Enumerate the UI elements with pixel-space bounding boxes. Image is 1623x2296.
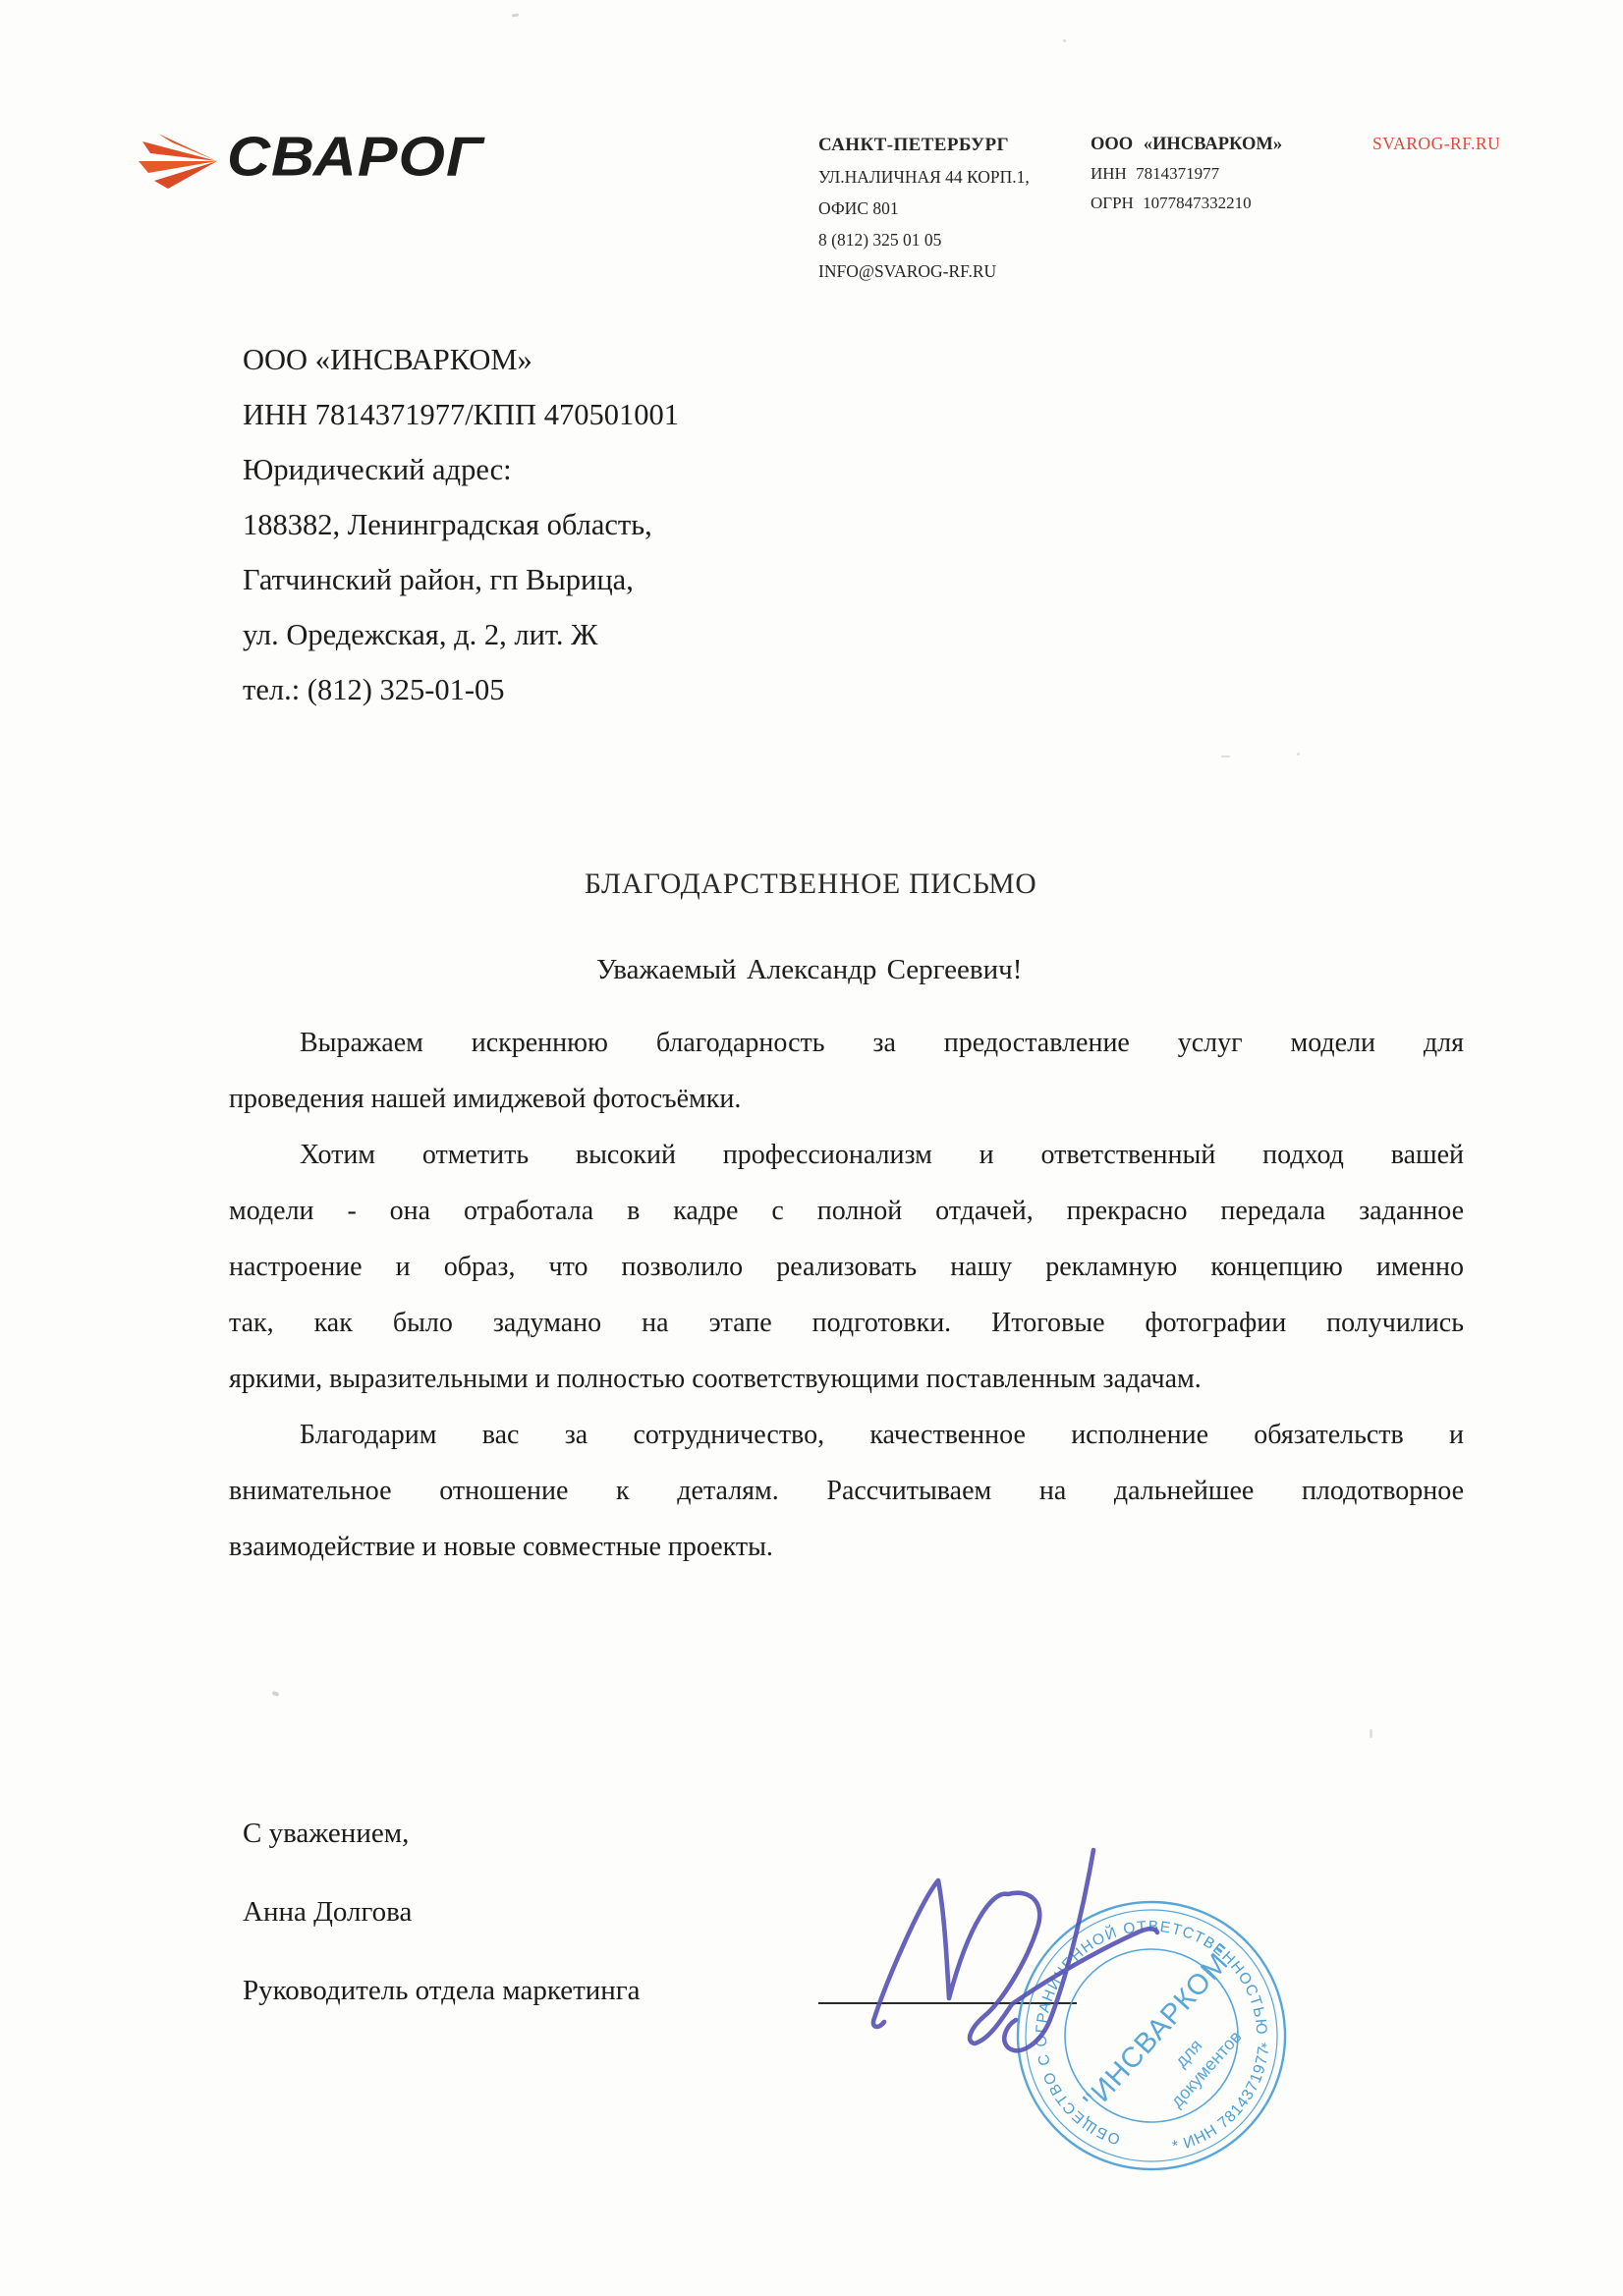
- body-line: модели - она отработала в кадре с полной…: [229, 1183, 1464, 1239]
- letter-page: СВАРОГ САНКТ-ПЕТЕРБУРГ УЛ.НАЛИЧНАЯ 44 КО…: [0, 0, 1623, 2296]
- company-logo: СВАРОГ: [135, 116, 483, 196]
- recipient-line: 188382, Ленинградская область,: [243, 497, 679, 552]
- office-phone: 8 (812) 325 01 05: [818, 224, 1030, 255]
- rays-fan-icon: [135, 126, 219, 196]
- recipient-line: ул. Оредежская, д. 2, лит. Ж: [243, 607, 679, 662]
- scan-speck: [1063, 39, 1066, 42]
- recipient-line: Юридический адрес:: [243, 442, 679, 497]
- body-line: так, как было задумано на этапе подготов…: [229, 1295, 1464, 1351]
- body-line: внимательное отношение к деталям. Рассчи…: [229, 1463, 1464, 1519]
- scan-speck: [512, 13, 519, 17]
- body-line: взаимодействие и новые совместные проект…: [229, 1519, 1464, 1575]
- scan-speck: [272, 1691, 280, 1697]
- company-ogrn: ОГРН 1077847332210: [1091, 189, 1282, 218]
- closing-regards: С уважением,: [243, 1818, 409, 1850]
- letter-salutation: Уважаемый Александр Сергеевич!: [596, 954, 1022, 986]
- scan-speck: [1221, 756, 1230, 757]
- recipient-block: ООО «ИНСВАРКОМ» ИНН 7814371977/КПП 47050…: [243, 332, 679, 717]
- body-line: Хотим отметить высокий профессионализм и…: [229, 1127, 1464, 1183]
- website-link: SVAROG-RF.RU: [1372, 134, 1500, 154]
- office-address-2: ОФИС 801: [818, 193, 1030, 224]
- body-line: Благодарим вас за сотрудничество, качест…: [229, 1407, 1464, 1463]
- recipient-line: ООО «ИНСВАРКОМ»: [243, 332, 679, 387]
- logo-wordmark: СВАРОГ: [227, 124, 483, 188]
- recipient-line: тел.: (812) 325-01-05: [243, 662, 679, 717]
- signer-name: Анна Долгова: [243, 1896, 412, 1929]
- letter-title: БЛАГОДАРСТВЕННОЕ ПИСЬМО: [585, 868, 1037, 901]
- office-city: САНКТ-ПЕТЕРБУРГ: [818, 130, 1030, 161]
- body-line: проведения нашей имиджевой фотосъёмки.: [229, 1071, 1464, 1127]
- recipient-line: ИНН 7814371977/КПП 470501001: [243, 387, 679, 442]
- office-email: INFO@SVAROG-RF.RU: [818, 255, 1030, 287]
- letterhead-office-block: САНКТ-ПЕТЕРБУРГ УЛ.НАЛИЧНАЯ 44 КОРП.1, О…: [818, 130, 1030, 287]
- company-name: ООО «ИНСВАРКОМ»: [1091, 130, 1282, 159]
- recipient-line: Гатчинский район, гп Вырица,: [243, 552, 679, 607]
- scan-speck: [1297, 753, 1300, 756]
- company-inn: ИНН 7814371977: [1091, 159, 1282, 189]
- body-line: настроение и образ, что позволило реализ…: [229, 1239, 1464, 1295]
- body-line: Выражаем искреннюю благодарность за пред…: [229, 1015, 1464, 1071]
- office-address-1: УЛ.НАЛИЧНАЯ 44 КОРП.1,: [818, 161, 1030, 193]
- letterhead-company-block: ООО «ИНСВАРКОМ» ИНН 7814371977 ОГРН 1077…: [1091, 130, 1282, 218]
- scan-speck: [1370, 1729, 1372, 1738]
- letter-body: Выражаем искреннюю благодарность за пред…: [229, 1015, 1464, 1575]
- signer-position: Руководитель отдела маркетинга: [243, 1975, 641, 2007]
- handwritten-signature: [845, 1829, 1238, 2075]
- body-line: яркими, выразительными и полностью соотв…: [229, 1351, 1464, 1407]
